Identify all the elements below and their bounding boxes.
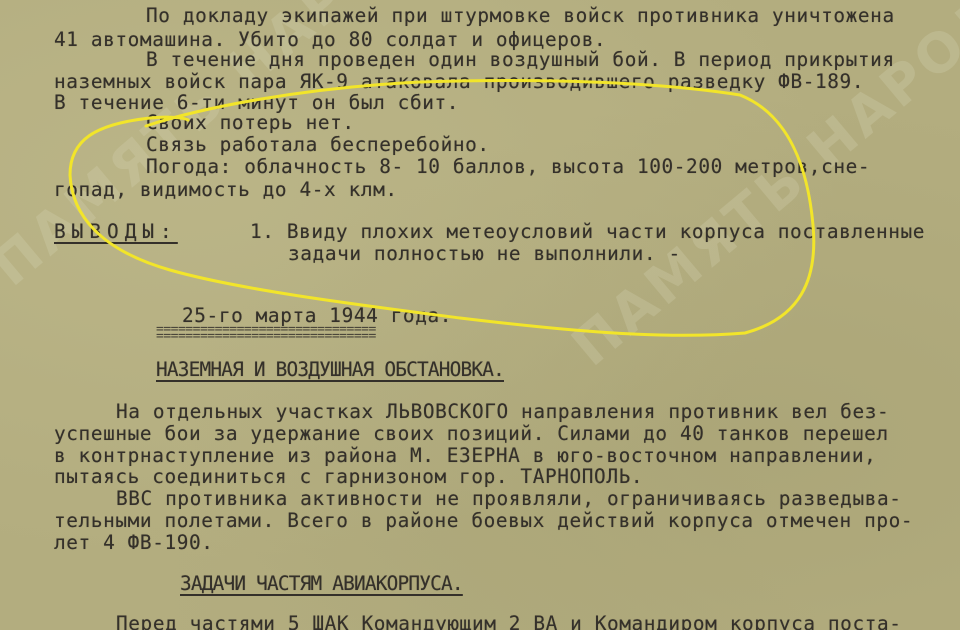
conclusions-heading: ВЫВОДЫ: (54, 222, 178, 241)
doc-line: пытаясь соединиться с гарнизоном гор. ТА… (54, 467, 643, 486)
archival-document-page: ПАМЯТЬ НАРОДА ПАМЯТЬ НАРОДА.РФ По доклад… (0, 0, 960, 630)
doc-line: успешные бои за удержание своих позиций.… (54, 424, 889, 443)
date-underline: ============================== (156, 330, 376, 343)
doc-line: В течение дня проведен один воздушный бо… (146, 50, 895, 69)
doc-line: тельными полетами. Всего в районе боевых… (54, 511, 913, 530)
doc-line: в контрнаступление из района М. ЕЗЕРНА в… (54, 446, 876, 465)
section-heading-ground-air: НАЗЕМНАЯ И ВОЗДУШНАЯ ОБСТАНОВКА. (156, 360, 504, 379)
doc-line: По докладу экипажей при штурмовке войск … (146, 6, 895, 25)
doc-line: На отдельных участках ЛЬВОВСКОГО направл… (116, 402, 889, 421)
section-heading-tasks: ЗАДАЧИ ЧАСТЯМ АВИАКОРПУСА. (180, 574, 463, 593)
doc-line-losses: Своих потерь нет. (146, 113, 355, 132)
doc-line-weather: Погода: облачность 8- 10 баллов, высота … (146, 157, 870, 176)
doc-line-weather: гопад, видимость до 4-х клм. (54, 180, 398, 199)
doc-line: наземных войск пара ЯК-9 атаковала произ… (54, 72, 864, 91)
doc-line: Перед частями 5 ШАК Командующим 2 ВА и К… (116, 614, 902, 630)
doc-line: ВВС противника активности не проявляли, … (116, 489, 902, 508)
doc-line: лет 4 ФВ-190. (54, 533, 214, 552)
conclusion-item: задачи полностью не выполнили. - (288, 244, 681, 263)
doc-line: В течение 6-ти минут он был сбит. (54, 93, 459, 112)
doc-line-communications: Связь работала бесперебойно. (146, 135, 490, 154)
doc-line: 41 автомашина. Убито до 80 солдат и офиц… (54, 30, 606, 49)
conclusion-item: 1. Ввиду плохих метеоусловий части корпу… (250, 222, 925, 241)
